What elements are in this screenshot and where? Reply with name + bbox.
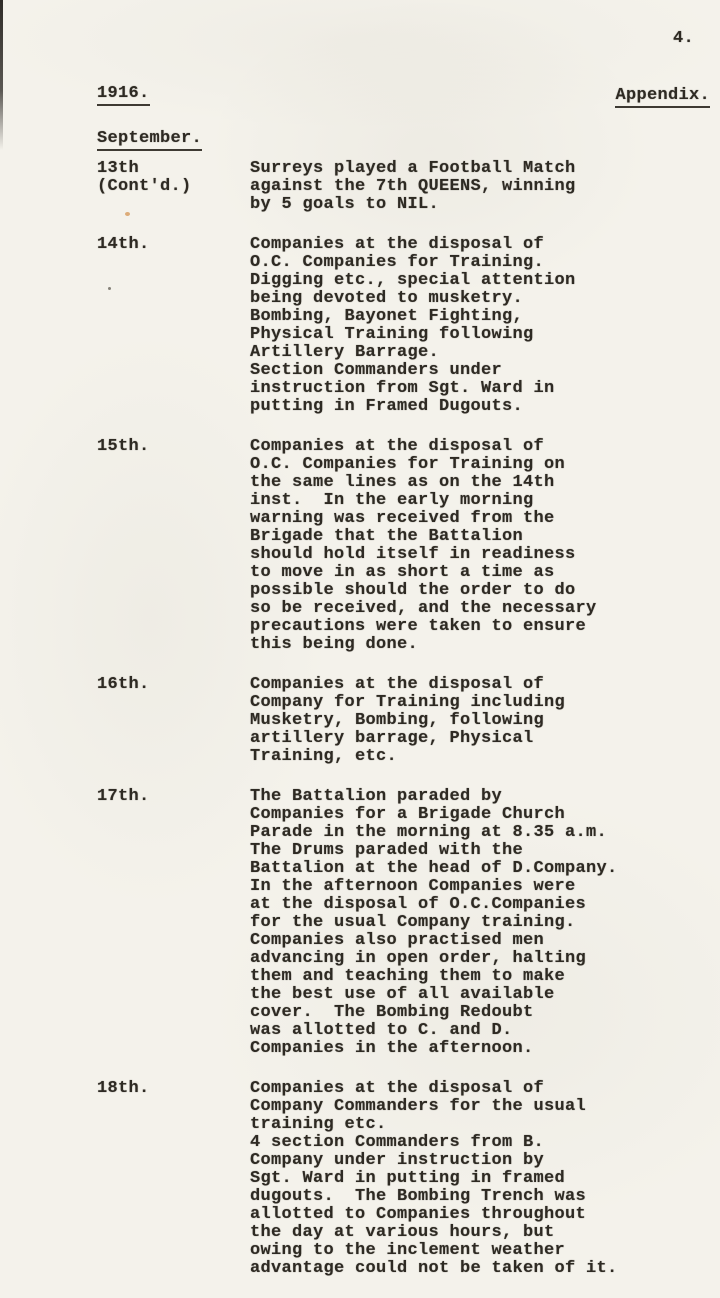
entry-date: 17th. <box>97 788 250 1058</box>
scanned-diary-page: 4. 1916. Appendix. September. 13th (Cont… <box>0 0 720 1298</box>
entry-17th: 17th. The Battalion paraded by Companies… <box>0 788 720 1058</box>
entry-date: 14th. <box>97 236 250 416</box>
entry-body: Companies at the disposal of O.C. Compan… <box>250 438 597 654</box>
entry-date: 16th. <box>97 676 250 766</box>
month-heading: September. <box>97 130 202 151</box>
entry-body: The Battalion paraded by Companies for a… <box>250 788 618 1058</box>
entry-date: 13th (Cont'd.) <box>97 160 250 214</box>
entry-date: 15th. <box>97 438 250 654</box>
entry-15th: 15th. Companies at the disposal of O.C. … <box>0 438 720 654</box>
scan-edge-artifact <box>0 0 3 150</box>
entry-body: Companies at the disposal of Company Com… <box>250 1080 618 1278</box>
entry-body: Companies at the disposal of O.C. Compan… <box>250 236 576 416</box>
appendix-heading: Appendix. <box>615 87 710 108</box>
entry-14th: 14th. Companies at the disposal of O.C. … <box>0 236 720 416</box>
diary-entries: 13th (Cont'd.) Surreys played a Football… <box>0 160 720 1298</box>
entry-16th: 16th. Companies at the disposal of Compa… <box>0 676 720 766</box>
entry-body: Companies at the disposal of Company for… <box>250 676 565 766</box>
page-number: 4. <box>673 30 694 48</box>
entry-body: Surreys played a Football Match against … <box>250 160 576 214</box>
entry-13th: 13th (Cont'd.) Surreys played a Football… <box>0 160 720 214</box>
year-heading: 1916. <box>97 85 150 106</box>
entry-18th: 18th. Companies at the disposal of Compa… <box>0 1080 720 1278</box>
entry-date: 18th. <box>97 1080 250 1278</box>
